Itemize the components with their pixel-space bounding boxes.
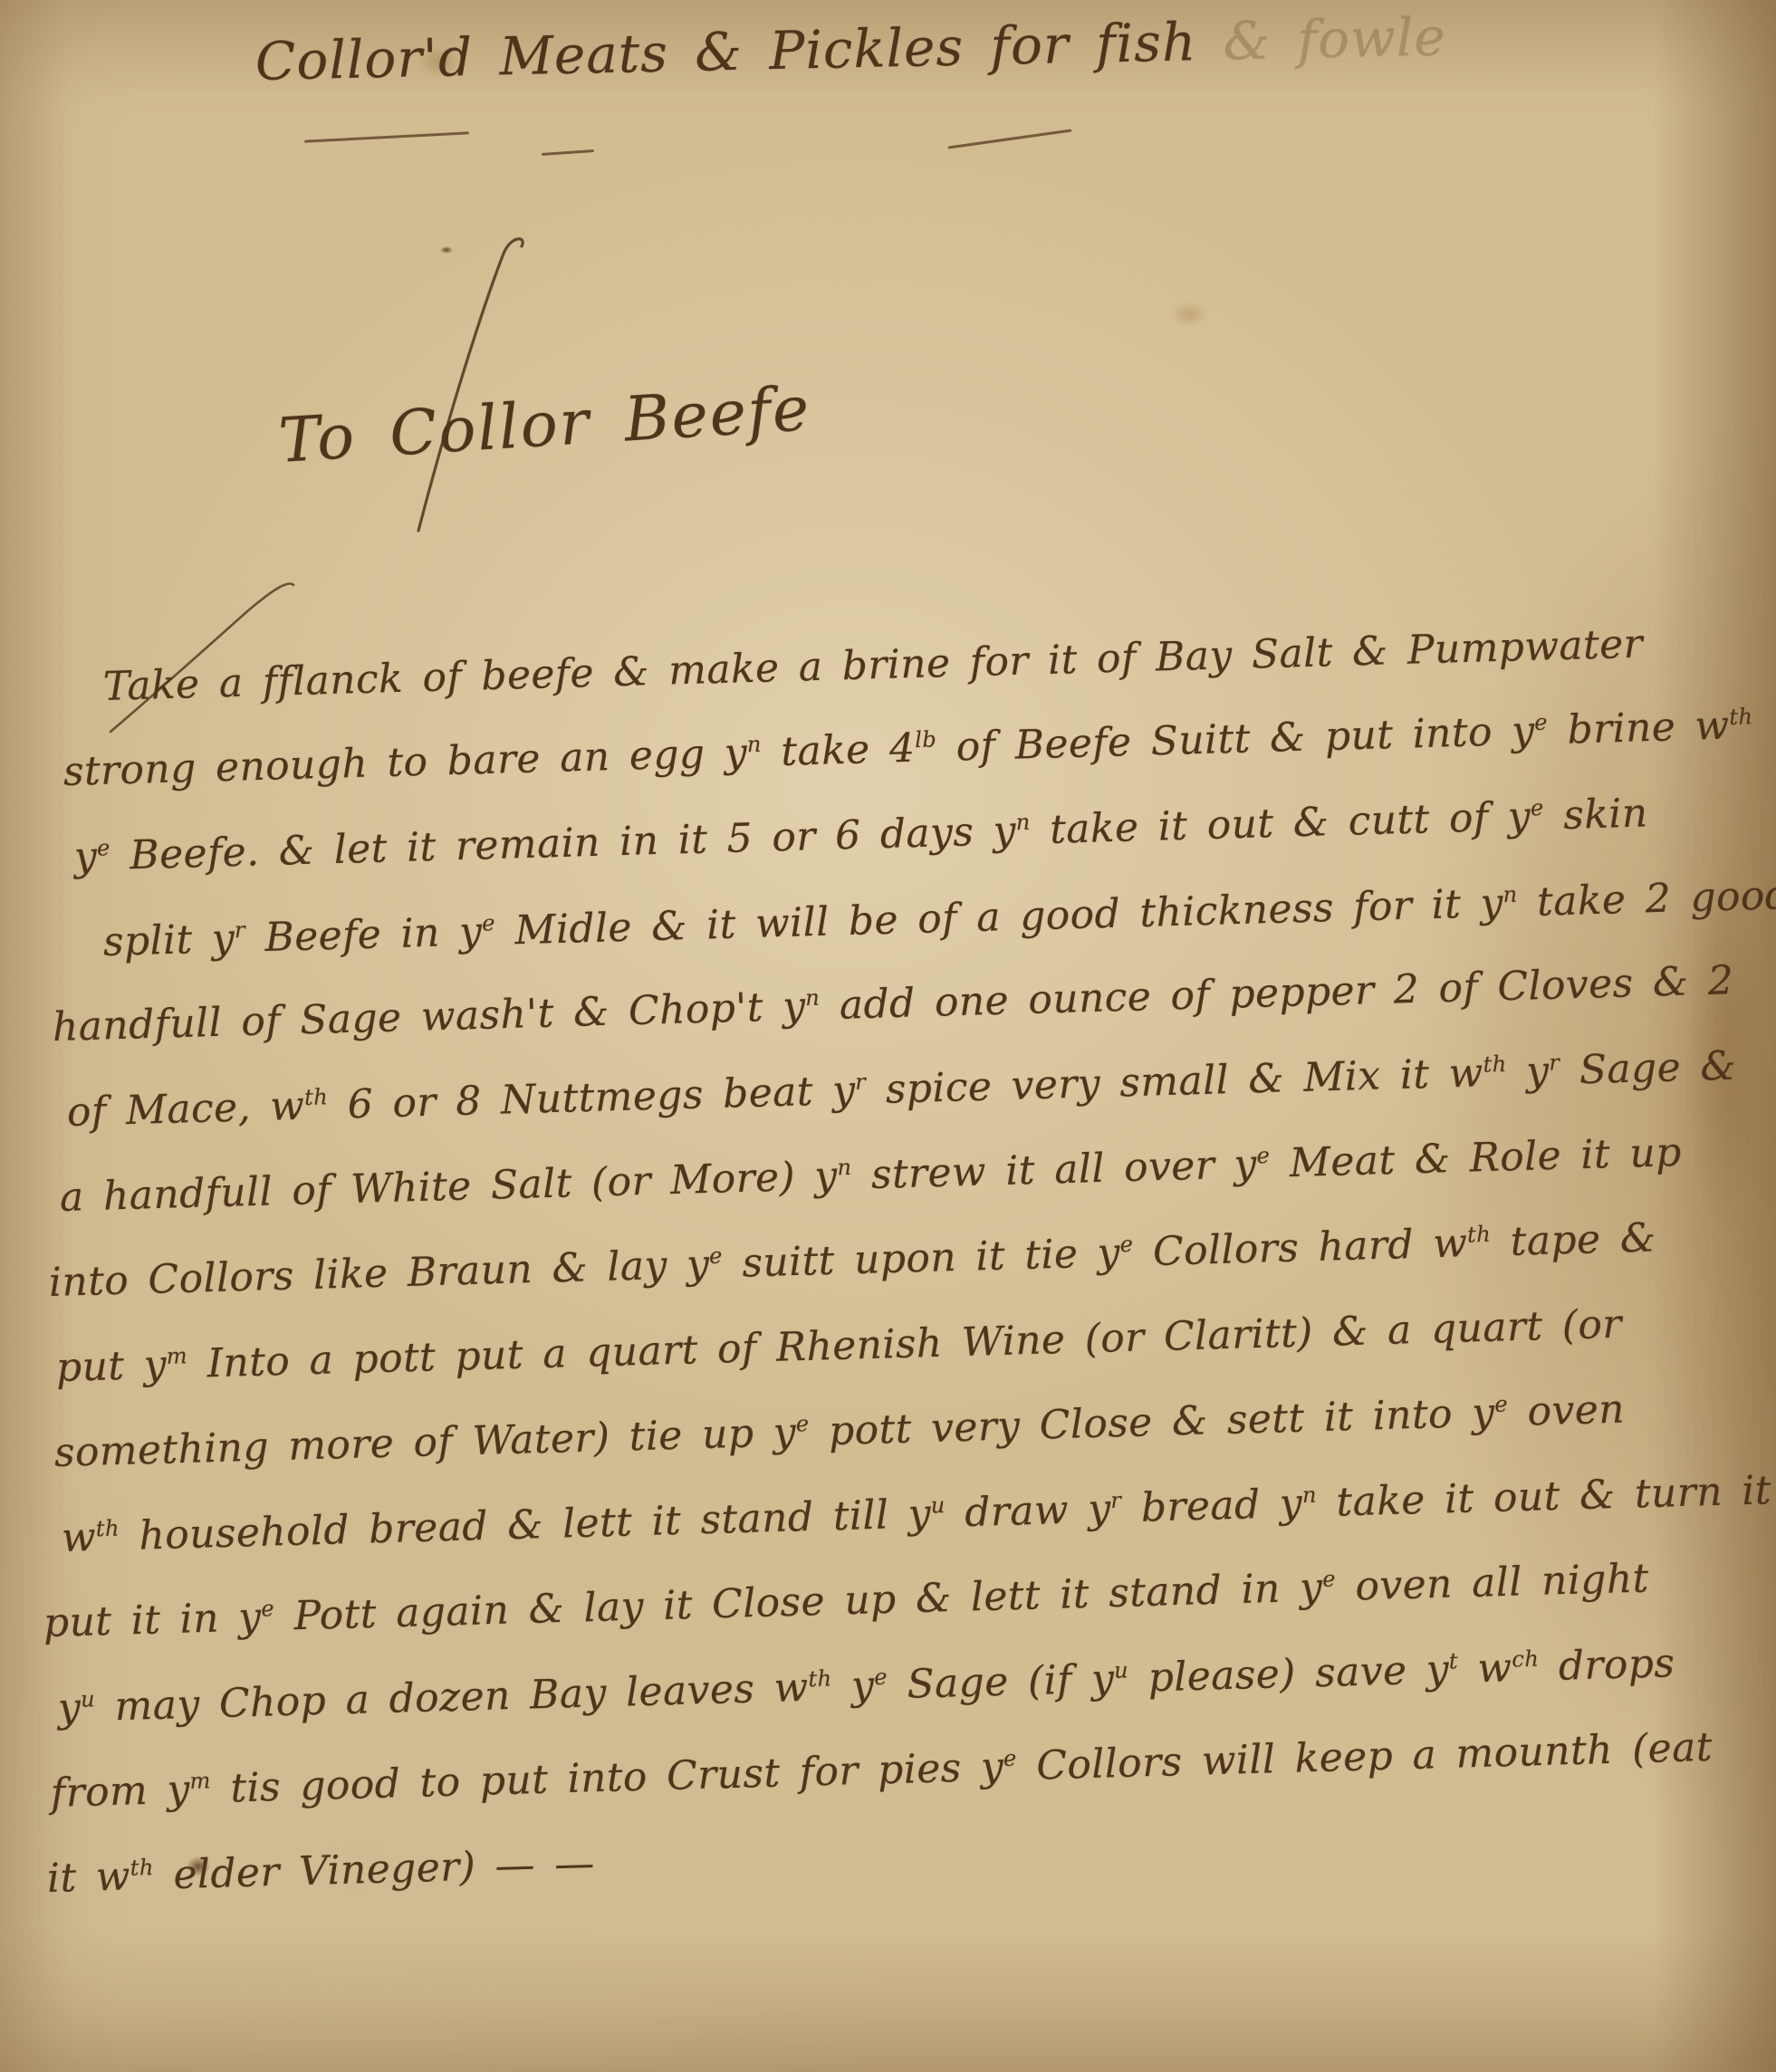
page-title: Collor'd Meats & Pickles for fish & fowl… — [254, 3, 1614, 92]
title-underline-forfish — [947, 129, 1071, 149]
paper-stain — [1170, 301, 1208, 328]
manuscript-page: Collor'd Meats & Pickles for fish & fowl… — [0, 0, 1776, 2072]
page-title-faded: & fowle — [1223, 5, 1446, 72]
recipe-heading: To Collor Beefe — [277, 373, 813, 477]
page-title-main: Collor'd Meats & Pickles for fish — [254, 11, 1197, 92]
recipe-body: Take a fflanck of beefe & make a brine f… — [47, 645, 1750, 1922]
title-underline-collord — [304, 131, 469, 143]
ink-speck — [440, 246, 453, 254]
title-dash — [542, 149, 594, 156]
